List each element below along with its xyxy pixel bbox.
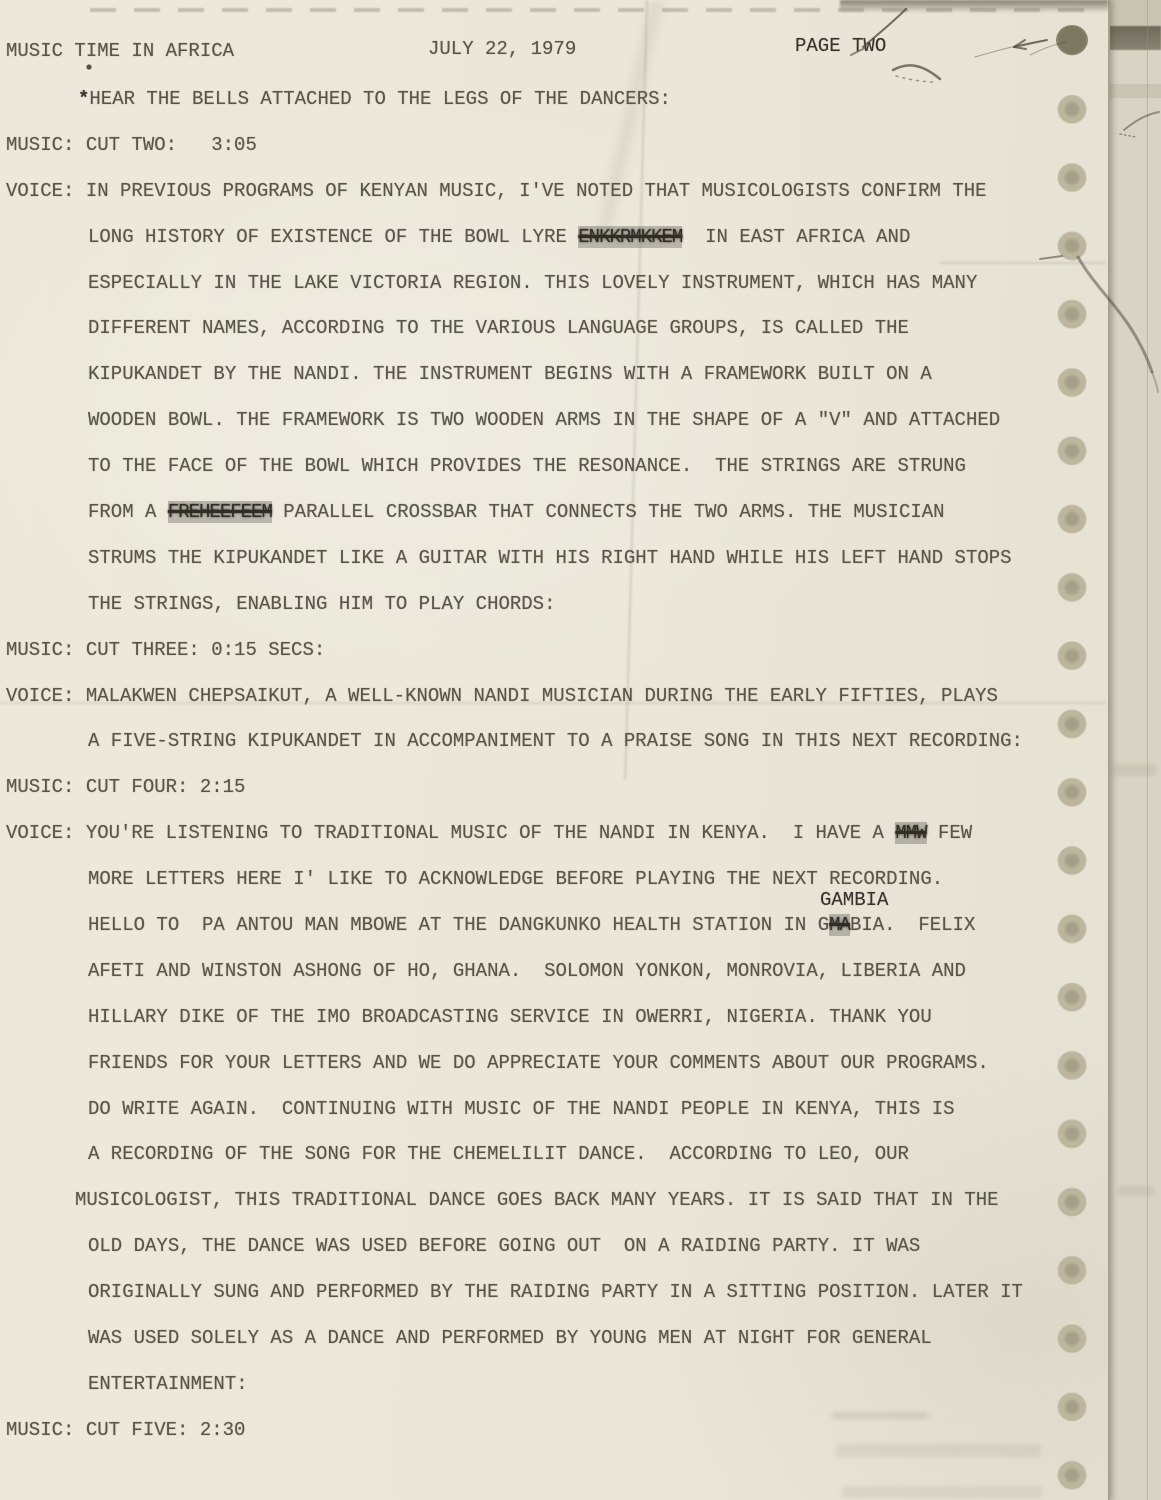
typed-text: BIA. FELIX (850, 914, 975, 936)
typed-over-blot: FREHEEFEEM (168, 501, 272, 523)
typed-text: LONG HISTORY OF EXISTENCE OF THE BOWL LY… (88, 226, 578, 248)
backing-seam (1147, 0, 1148, 1500)
typed-text: HEAR THE BELLS ATTACHED TO THE LEGS OF T… (89, 88, 671, 110)
typed-text: MUSICOLOGIST, THIS TRADITIONAL DANCE GOE… (75, 1189, 999, 1211)
typed-text: TO THE FACE OF THE BOWL WHICH PROVIDES T… (88, 455, 966, 477)
header-page-label: PAGE TWO (795, 35, 886, 57)
typed-text: HELLO TO PA ANTOU MAN MBOWE AT THE DANGK… (88, 914, 829, 936)
script-line: FRIENDS FOR YOUR LETTERS AND WE DO APPRE… (0, 1052, 1106, 1098)
typed-text: WAS USED SOLELY AS A DANCE AND PERFORMED… (88, 1327, 932, 1349)
typed-text: MUSIC: CUT TWO: 3:05 (6, 134, 257, 156)
punch-holes (1053, 22, 1091, 1492)
typed-over-blot: MMW (895, 822, 926, 844)
script-line: HILLARY DIKE OF THE IMO BROADCASTING SER… (0, 1006, 1106, 1052)
script-line: VOICE: YOU'RE LISTENING TO TRADITIONAL M… (0, 822, 1106, 868)
script-line: VOICE: IN PREVIOUS PROGRAMS OF KENYAN MU… (0, 180, 1106, 226)
typed-text: A RECORDING OF THE SONG FOR THE CHEMELIL… (88, 1143, 909, 1165)
typed-text: KIPUKANDET BY THE NANDI. THE INSTRUMENT … (88, 363, 932, 385)
script-line: A RECORDING OF THE SONG FOR THE CHEMELIL… (0, 1143, 1106, 1189)
header-date: JULY 22, 1979 (428, 38, 576, 60)
script-line: OLD DAYS, THE DANCE WAS USED BEFORE GOIN… (0, 1235, 1106, 1281)
script-line: WAS USED SOLELY AS A DANCE AND PERFORMED… (0, 1327, 1106, 1373)
punch-hole-first (1056, 25, 1088, 55)
script-line: KIPUKANDET BY THE NANDI. THE INSTRUMENT … (0, 363, 1106, 409)
typed-text: DIFFERENT NAMES, ACCORDING TO THE VARIOU… (88, 317, 909, 339)
typed-text: OLD DAYS, THE DANCE WAS USED BEFORE GOIN… (88, 1235, 920, 1257)
script-line: STRUMS THE KIPUKANDET LIKE A GUITAR WITH… (0, 547, 1106, 593)
typed-text: STRUMS THE KIPUKANDET LIKE A GUITAR WITH… (88, 547, 1012, 569)
script-line: LONG HISTORY OF EXISTENCE OF THE BOWL LY… (0, 226, 1106, 272)
document-header: MUSIC TIME IN AFRICA JULY 22, 1979 PAGE … (0, 0, 1106, 80)
backing-faint-band (1103, 84, 1161, 98)
backing-top-band (1103, 0, 1161, 26)
interline-correction: GAMBIA (820, 889, 888, 912)
typed-text: DO WRITE AGAIN. CONTINUING WITH MUSIC OF… (88, 1098, 955, 1120)
ghost-smudge (836, 1444, 1041, 1457)
typed-text: AFETI AND WINSTON ASHONG OF HO, GHANA. S… (88, 960, 966, 982)
typed-text: MUSIC: CUT FOUR: 2:15 (6, 776, 245, 798)
script-line: TO THE FACE OF THE BOWL WHICH PROVIDES T… (0, 455, 1106, 501)
script-line: THE STRINGS, ENABLING HIM TO PLAY CHORDS… (0, 593, 1106, 639)
scanned-page: MUSIC TIME IN AFRICA JULY 22, 1979 PAGE … (0, 0, 1161, 1500)
script-line: MUSIC: CUT TWO: 3:05 (0, 134, 1106, 180)
typed-text: THE STRINGS, ENABLING HIM TO PLAY CHORDS… (88, 593, 555, 615)
typed-text: VOICE: IN PREVIOUS PROGRAMS OF KENYAN MU… (6, 180, 987, 202)
ink-mark: * (78, 88, 89, 110)
typed-sheet: MUSIC TIME IN AFRICA JULY 22, 1979 PAGE … (0, 0, 1110, 1500)
script-line: DO WRITE AGAIN. CONTINUING WITH MUSIC OF… (0, 1098, 1106, 1144)
typed-over-blot: MA (829, 914, 850, 936)
script-line: HELLO TO PA ANTOU MAN MBOWE AT THE DANGK… (0, 914, 1106, 960)
typed-text: FROM A (88, 501, 168, 523)
typed-text: VOICE: YOU'RE LISTENING TO TRADITIONAL M… (6, 822, 895, 844)
header-title: MUSIC TIME IN AFRICA (6, 40, 234, 62)
backing-dark-band (1103, 26, 1161, 50)
typed-over-blot: ENKKRMKKEM (578, 226, 682, 248)
script-line: MUSIC: CUT THREE: 0:15 SECS: (0, 639, 1106, 685)
ghost-smudge (832, 1412, 928, 1419)
typed-text: VOICE: MALAKWEN CHEPSAIKUT, A WELL-KNOWN… (6, 685, 998, 707)
script-line: *HEAR THE BELLS ATTACHED TO THE LEGS OF … (0, 88, 1106, 134)
typed-text: MUSIC: CUT FIVE: 2:30 (6, 1419, 245, 1441)
typed-text: MUSIC: CUT THREE: 0:15 SECS: (6, 639, 325, 661)
typed-text: A FIVE-STRING KIPUKANDET IN ACCOMPANIMEN… (88, 730, 1023, 752)
script-line: ENTERTAINMENT: (0, 1373, 1106, 1419)
typed-text: FRIENDS FOR YOUR LETTERS AND WE DO APPRE… (88, 1052, 989, 1074)
script-line: MORE LETTERS HERE I' LIKE TO ACKNOWLEDGE… (0, 868, 1106, 914)
ghost-smudge (1112, 764, 1156, 776)
script-line: FROM A FREHEEFEEM PARALLEL CROSSBAR THAT… (0, 501, 1106, 547)
backing-sheet (1103, 0, 1161, 1500)
script-line: WOODEN BOWL. THE FRAMEWORK IS TWO WOODEN… (0, 409, 1106, 455)
ghost-smudge (842, 1486, 1042, 1498)
script-line: MUSICOLOGIST, THIS TRADITIONAL DANCE GOE… (0, 1189, 1106, 1235)
typed-text: ENTERTAINMENT: (88, 1373, 248, 1395)
typed-text: MORE LETTERS HERE I' LIKE TO ACKNOWLEDGE… (88, 868, 943, 890)
typed-text: ORIGINALLY SUNG AND PERFORMED BY THE RAI… (88, 1281, 1023, 1303)
script-line: MUSIC: CUT FOUR: 2:15 (0, 776, 1106, 822)
script-line: A FIVE-STRING KIPUKANDET IN ACCOMPANIMEN… (0, 730, 1106, 776)
script-line: DIFFERENT NAMES, ACCORDING TO THE VARIOU… (0, 317, 1106, 363)
typed-text: HILLARY DIKE OF THE IMO BROADCASTING SER… (88, 1006, 932, 1028)
typed-text: FEW (927, 822, 973, 844)
script-line: MUSIC: CUT FIVE: 2:30 (0, 1419, 1106, 1465)
script-line: AFETI AND WINSTON ASHONG OF HO, GHANA. S… (0, 960, 1106, 1006)
script-body: *HEAR THE BELLS ATTACHED TO THE LEGS OF … (0, 88, 1106, 1465)
typed-text: WOODEN BOWL. THE FRAMEWORK IS TWO WOODEN… (88, 409, 1000, 431)
typed-text: IN EAST AFRICA AND (682, 226, 910, 248)
script-line: ESPECIALLY IN THE LAKE VICTORIA REGION. … (0, 272, 1106, 318)
typed-text: PARALLEL CROSSBAR THAT CONNECTS THE TWO … (272, 501, 945, 523)
typed-text: ESPECIALLY IN THE LAKE VICTORIA REGION. … (88, 272, 977, 294)
script-line: VOICE: MALAKWEN CHEPSAIKUT, A WELL-KNOWN… (0, 685, 1106, 731)
ghost-smudge (1118, 1186, 1154, 1196)
script-line: ORIGINALLY SUNG AND PERFORMED BY THE RAI… (0, 1281, 1106, 1327)
